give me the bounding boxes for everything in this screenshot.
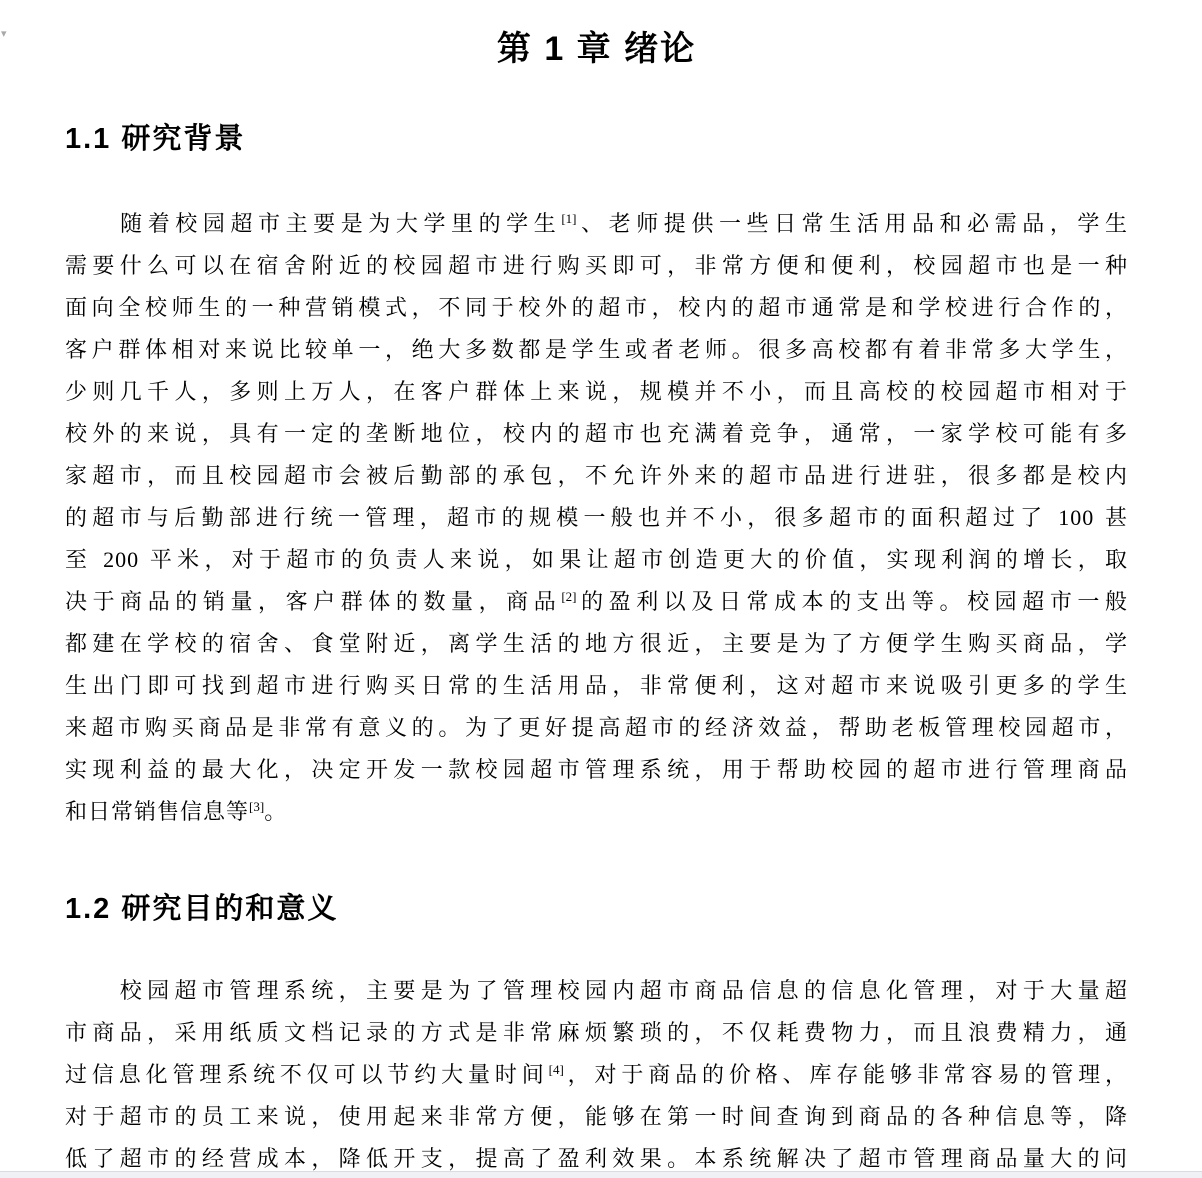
text-segment: 需要什么可以在宿舍附近的校园超市进行购买即可，非常方便和便利，校园超市也是一种 [65,253,1128,278]
text-segment: 客户群体相对来说比较单一，绝大多数都是学生或者老师。很多高校都有着非常多大学生， [65,337,1128,362]
text-segment: 的超市与后勤部进行统一管理，超市的规模一般也并不小，很多超市的面积超过了 100… [65,505,1128,530]
text-segment: 都建在学校的宿舍、食堂附近，离学生活的地方很近，主要是为了方便学生购买商品，学 [65,631,1128,656]
text-segment: 过信息化管理系统不仅可以节约大量时间 [65,1062,549,1087]
text-line: 客户群体相对来说比较单一，绝大多数都是学生或者老师。很多高校都有着非常多大学生， [65,329,1128,371]
text-line: 和日常销售信息等[3]。 [65,791,1128,833]
text-segment: ，对于商品的价格、库存能够非常容易的管理， [564,1062,1128,1087]
chapter-title: 第 1 章 绪论 [65,26,1128,72]
text-segment: 来超市购买商品是非常有意义的。为了更好提高超市的经济效益，帮助老板管理校园超市， [65,715,1128,740]
citation-superscript: [1] [561,211,576,226]
text-line: 至 200 平米，对于超市的负责人来说，如果让超市创造更大的价值，实现利润的增长… [65,539,1128,581]
text-line: 实现利益的最大化，决定开发一款校园超市管理系统，用于帮助校园的超市进行管理商品 [65,749,1128,791]
text-segment: 面向全校师生的一种营销模式，不同于校外的超市，校内的超市通常是和学校进行合作的， [65,295,1128,320]
text-line: 生出门即可找到超市进行购买日常的生活用品，非常便利，这对超市来说吸引更多的学生 [65,665,1128,707]
text-segment: 低了超市的经营成本，降低开支，提高了盈利效果。本系统解决了超市管理商品量大的问 [65,1146,1128,1171]
text-segment: 家超市，而且校园超市会被后勤部的承包，不允许外来的超市品进行进驻，很多都是校内 [65,463,1128,488]
text-segment: 。 [264,799,287,824]
text-line: 对于超市的员工来说，使用起来非常方便，能够在第一时间查询到商品的各种信息等，降 [65,1096,1128,1138]
text-line: 校园超市管理系统，主要是为了管理校园内超市商品信息的信息化管理，对于大量超 [65,970,1128,1012]
text-line: 过信息化管理系统不仅可以节约大量时间[4]，对于商品的价格、库存能够非常容易的管… [65,1054,1128,1096]
text-line: 的超市与后勤部进行统一管理，超市的规模一般也并不小，很多超市的面积超过了 100… [65,497,1128,539]
text-line: 市商品，采用纸质文档记录的方式是非常麻烦繁琐的，不仅耗费物力，而且浪费精力，通 [65,1012,1128,1054]
citation-superscript: [2] [561,589,576,604]
section-heading-1-1: 1.1 研究背景 [65,120,1128,158]
text-segment: 决于商品的销量，客户群体的数量，商品 [65,589,561,614]
text-segment: 生出门即可找到超市进行购买日常的生活用品，非常便利，这对超市来说吸引更多的学生 [65,673,1128,698]
text-line: 决于商品的销量，客户群体的数量，商品[2]的盈利以及日常成本的支出等。校园超市一… [65,581,1128,623]
text-segment: 至 200 平米，对于超市的负责人来说，如果让超市创造更大的价值，实现利润的增长… [65,547,1128,572]
scroll-origin-icon: ▾ [1,28,7,39]
document-content: 第 1 章 绪论 1.1 研究背景 随着校园超市主要是为大学里的学生[1]、老师… [65,0,1128,1178]
text-line: 家超市，而且校园超市会被后勤部的承包，不允许外来的超市品进行进驻，很多都是校内 [65,455,1128,497]
text-line: 随着校园超市主要是为大学里的学生[1]、老师提供一些日常生活用品和必需品，学生 [65,203,1128,245]
text-segment: 校园超市管理系统，主要是为了管理校园内超市商品信息的信息化管理，对于大量超 [65,978,1128,1003]
citation-superscript: [3] [249,799,264,814]
text-segment: 对于超市的员工来说，使用起来非常方便，能够在第一时间查询到商品的各种信息等，降 [65,1104,1128,1129]
text-segment: 和日常销售信息等 [65,799,249,824]
text-segment: 、老师提供一些日常生活用品和必需品，学生 [577,211,1128,236]
citation-superscript: [4] [549,1062,564,1077]
window-bottom-edge [0,1171,1202,1178]
text-line: 校外的来说，具有一定的垄断地位，校内的超市也充满着竞争，通常，一家学校可能有多 [65,413,1128,455]
text-segment: 的盈利以及日常成本的支出等。校园超市一般 [577,589,1128,614]
paragraph-purpose-significance: 校园超市管理系统，主要是为了管理校园内超市商品信息的信息化管理，对于大量超市商品… [65,970,1128,1178]
text-segment: 市商品，采用纸质文档记录的方式是非常麻烦繁琐的，不仅耗费物力，而且浪费精力，通 [65,1020,1128,1045]
paragraph-research-background: 随着校园超市主要是为大学里的学生[1]、老师提供一些日常生活用品和必需品，学生需… [65,203,1128,833]
text-line: 都建在学校的宿舍、食堂附近，离学生活的地方很近，主要是为了方便学生购买商品，学 [65,623,1128,665]
text-line: 来超市购买商品是非常有意义的。为了更好提高超市的经济效益，帮助老板管理校园超市， [65,707,1128,749]
text-segment: 校外的来说，具有一定的垄断地位，校内的超市也充满着竞争，通常，一家学校可能有多 [65,421,1128,446]
text-segment: 少则几千人，多则上万人，在客户群体上来说，规模并不小，而且高校的校园超市相对于 [65,379,1128,404]
document-page: ▾ 第 1 章 绪论 1.1 研究背景 随着校园超市主要是为大学里的学生[1]、… [0,0,1202,1178]
text-line: 少则几千人，多则上万人，在客户群体上来说，规模并不小，而且高校的校园超市相对于 [65,371,1128,413]
text-segment: 实现利益的最大化，决定开发一款校园超市管理系统，用于帮助校园的超市进行管理商品 [65,757,1128,782]
text-line: 面向全校师生的一种营销模式，不同于校外的超市，校内的超市通常是和学校进行合作的， [65,287,1128,329]
text-line: 需要什么可以在宿舍附近的校园超市进行购买即可，非常方便和便利，校园超市也是一种 [65,245,1128,287]
text-segment: 随着校园超市主要是为大学里的学生 [65,211,561,236]
section-heading-1-2: 1.2 研究目的和意义 [65,890,1128,928]
